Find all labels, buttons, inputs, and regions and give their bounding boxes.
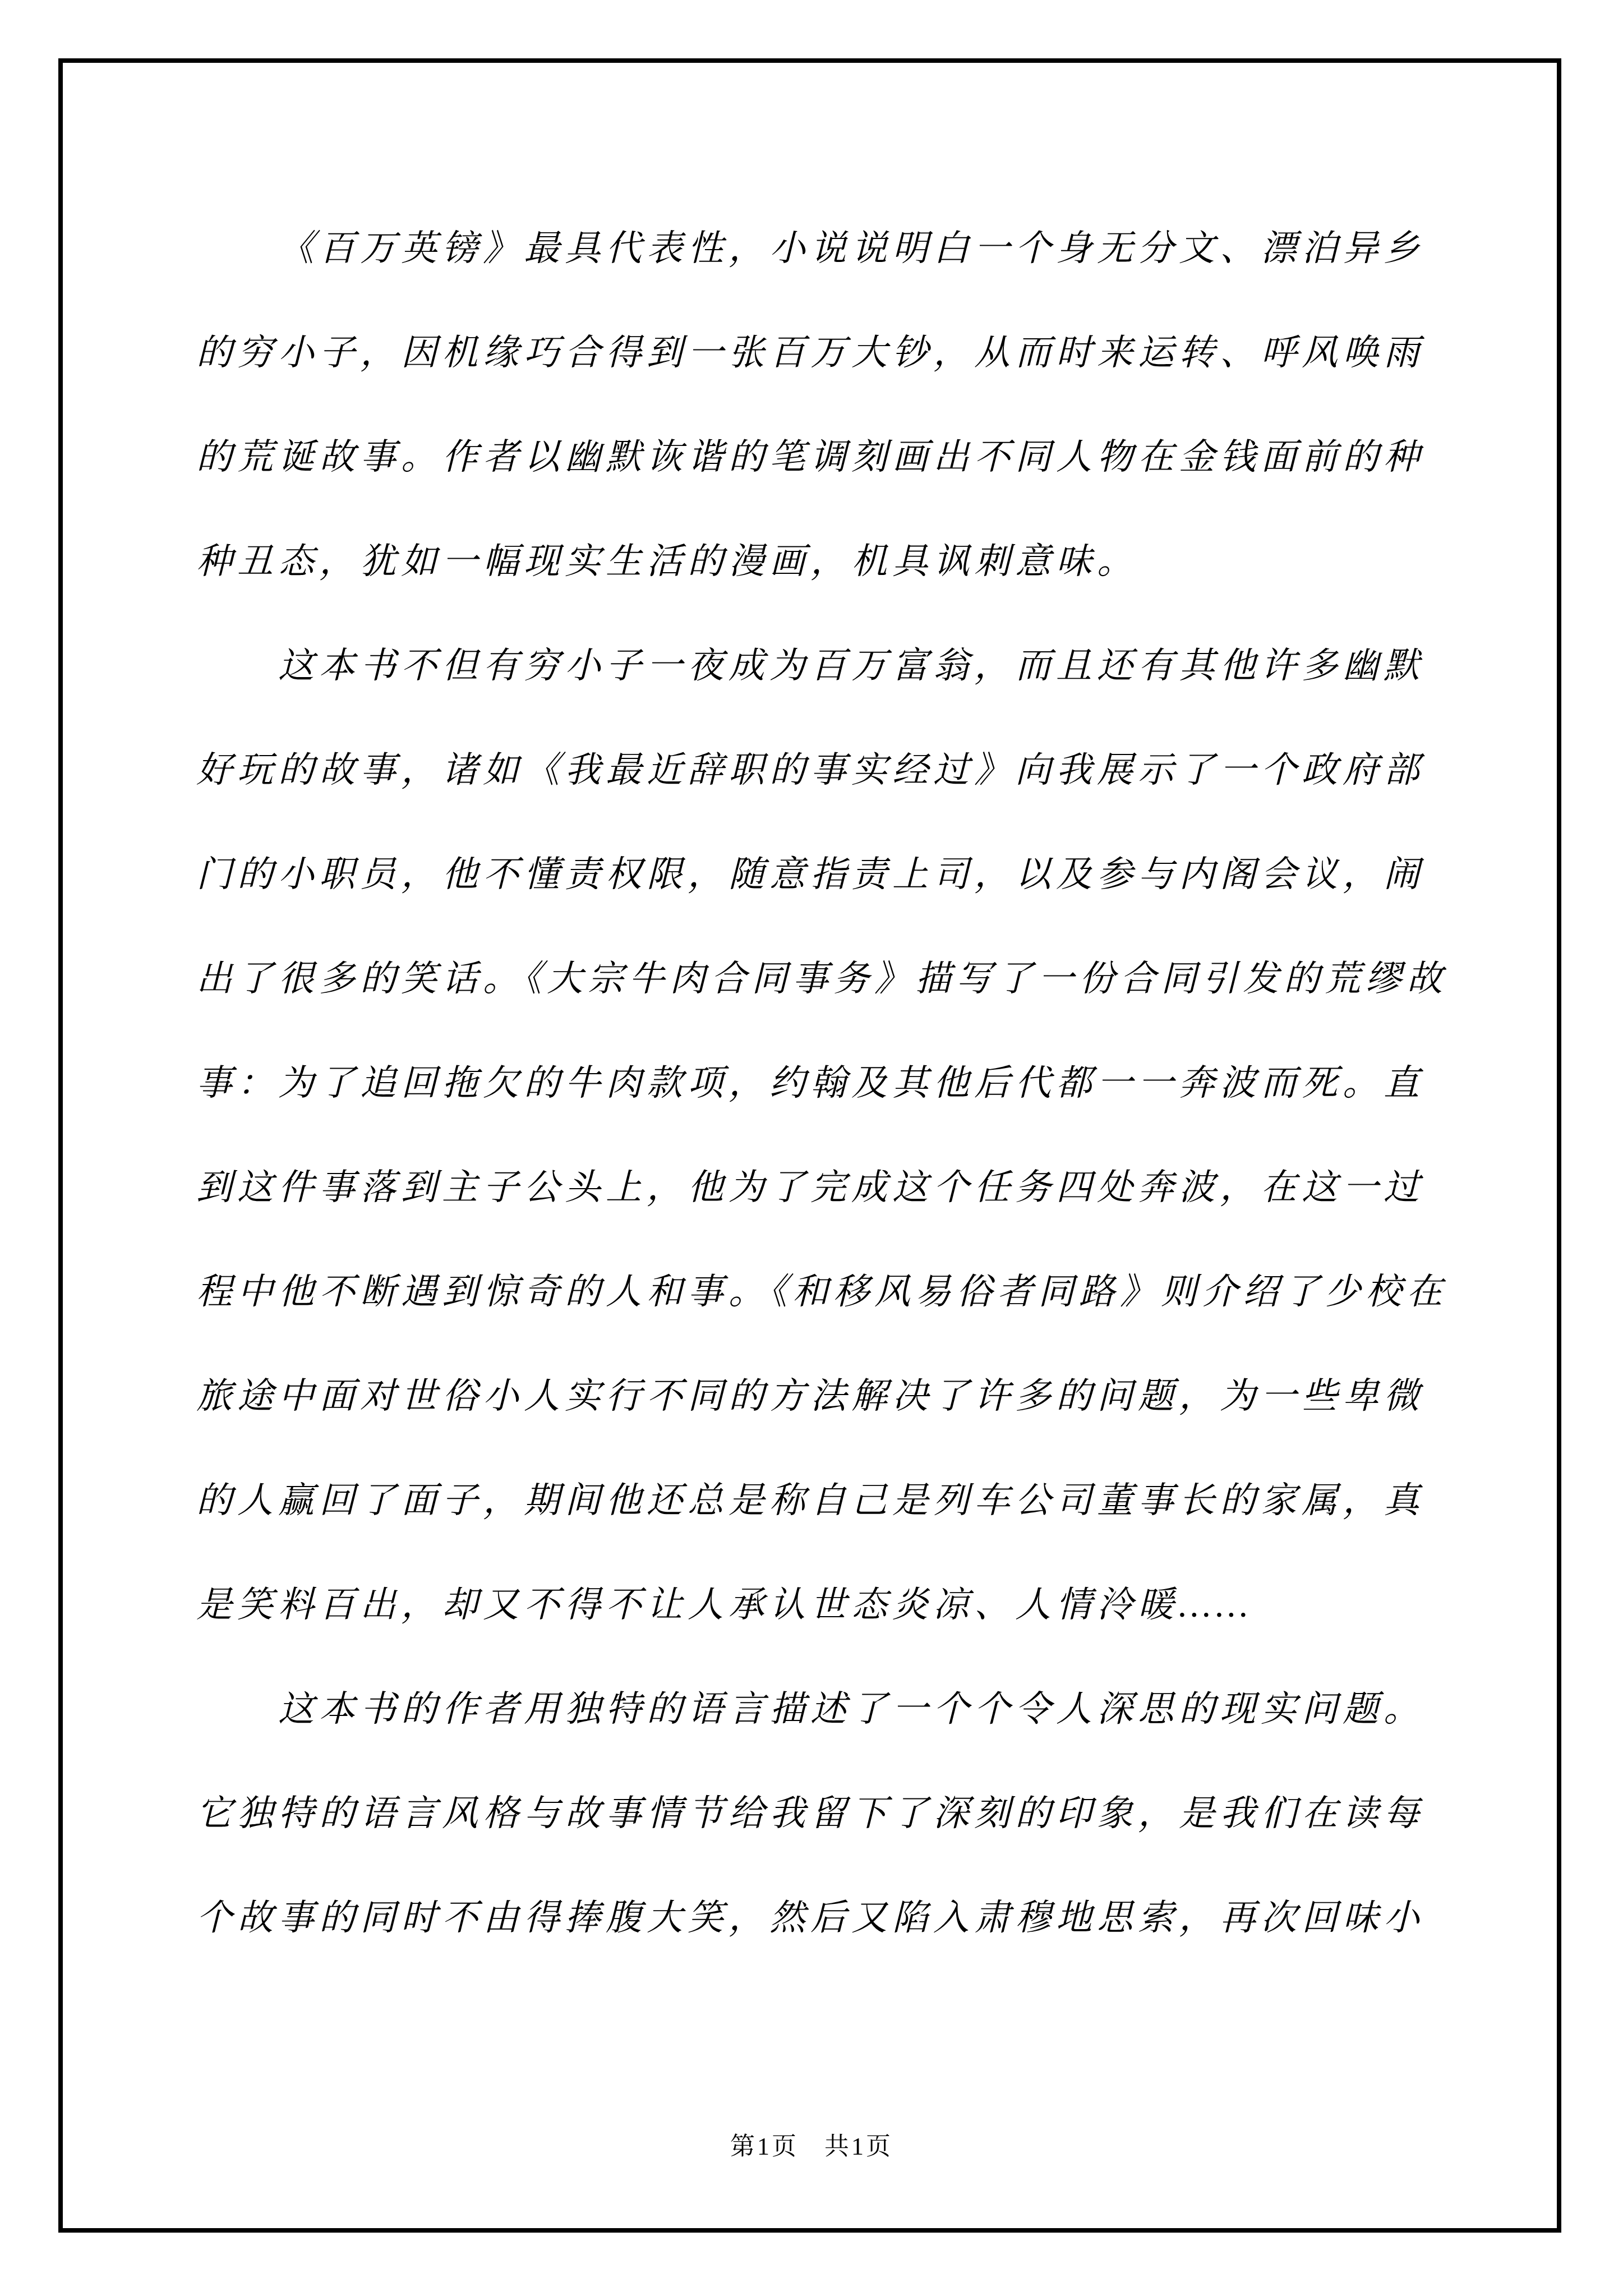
text-line: 门的小职员，他不懂责权限，随意指责上司，以及参与内阁会议，闹 [196,822,1420,927]
footer-page-label: 第1页 [730,2126,799,2162]
footer-total-label: 共1页 [824,2126,893,2162]
text-line: 到这件事落到主子公头上，他为了完成这个任务四处奔波，在这一过 [196,1135,1420,1240]
text-line: 程中他不断遇到惊奇的人和事。《和移风易俗者同路》则介绍了少校在 [196,1240,1420,1344]
text-line: 旅途中面对世俗小人实行不同的方法解决了许多的问题，为一些卑微 [196,1344,1420,1448]
text-line: 出了很多的笑话。《大宗牛肉合同事务》描写了一份合同引发的荒缪故 [196,927,1420,1031]
text-line: 《百万英镑》最具代表性，小说说明白一个身无分文、漂泊异乡 [196,196,1420,301]
text-line: 这本书不但有穷小子一夜成为百万富翁，而且还有其他许多幽默 [196,614,1420,718]
text-line: 个故事的同时不由得捧腹大笑，然后又陷入肃穆地思索，再次回味小 [196,1866,1420,1970]
document-body: 《百万英镑》最具代表性，小说说明白一个身无分文、漂泊异乡的穷小子，因机缘巧合得到… [196,196,1420,1970]
document-page: 《百万英镑》最具代表性，小说说明白一个身无分文、漂泊异乡的穷小子，因机缘巧合得到… [0,0,1623,2296]
text-line: 的荒诞故事。作者以幽默诙谐的笔调刻画出不同人物在金钱面前的种 [196,405,1420,509]
text-line: 它独特的语言风格与故事情节给我留下了深刻的印象，是我们在读每 [196,1761,1420,1866]
text-line: 的穷小子，因机缘巧合得到一张百万大钞，从而时来运转、呼风唤雨 [196,301,1420,405]
text-line: 事：为了追回拖欠的牛肉款项，约翰及其他后代都一一奔波而死。直 [196,1031,1420,1135]
page-footer: 第1页 共1页 [0,2126,1623,2162]
text-line: 好玩的故事，诸如《我最近辞职的事实经过》向我展示了一个政府部 [196,718,1420,822]
text-line: 这本书的作者用独特的语言描述了一个个令人深思的现实问题。 [196,1657,1420,1761]
text-line: 种丑态，犹如一幅现实生活的漫画，机具讽刺意味。 [196,509,1420,614]
text-line: 的人赢回了面子，期间他还总是称自己是列车公司董事长的家属，真 [196,1448,1420,1553]
text-line: 是笑料百出，却又不得不让人承认世态炎凉、人情泠暖…… [196,1553,1420,1657]
